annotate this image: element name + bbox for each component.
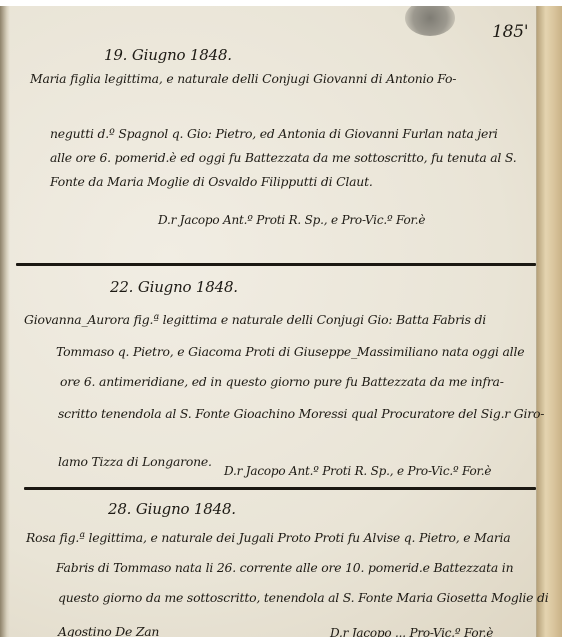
entry-divider	[24, 487, 536, 490]
entry-line: alle ore 6. pomerid.è ed oggi fu Battezz…	[50, 150, 517, 165]
entry-signature: D.r Jacopo Ant.º Proti R. Sp., e Pro-Vic…	[158, 213, 425, 227]
entry-signature: D.r Jacopo Ant.º Proti R. Sp., e Pro-Vic…	[224, 464, 491, 478]
entry-line: lamo Tizza di Longarone.	[58, 454, 212, 469]
page-fold-edge	[537, 6, 562, 637]
entry-date: 19. Giugno 1848.	[104, 46, 232, 64]
entry-line: Agostino De Zan	[58, 624, 159, 637]
entry-line: Tommaso q. Pietro, e Giacoma Proti di Gi…	[56, 344, 524, 359]
entry-line: ore 6. antimeridiane, ed in questo giorn…	[60, 374, 504, 389]
entry-line: Fabris di Tommaso nata li 26. corrente a…	[56, 560, 513, 575]
entry-line: scritto tenendola al S. Fonte Gioachino …	[58, 406, 544, 421]
entry-line: Rosa fig.ª legittima, e naturale dei Jug…	[26, 530, 511, 545]
entry-line: Giovanna_Aurora fig.ª legittima e natura…	[24, 312, 486, 327]
entry-date: 28. Giugno 1848.	[108, 500, 236, 518]
entry-line: negutti d.º Spagnol q. Gio: Pietro, ed A…	[50, 126, 498, 141]
entry-date: 22. Giugno 1848.	[110, 278, 238, 296]
binding-shadow	[0, 6, 10, 637]
entry-signature-partial: D.r Jacopo ... Pro-Vic.º For.è	[330, 626, 493, 637]
register-page: 185' 19. Giugno 1848. Maria figlia legit…	[0, 6, 562, 637]
entry-divider	[16, 263, 536, 266]
ink-stain	[405, 6, 455, 36]
entry-line: Maria figlia legittima, e naturale delli…	[30, 71, 456, 86]
page-number: 185'	[492, 22, 528, 42]
entry-line: Fonte da Maria Moglie di Osvaldo Filippu…	[50, 174, 373, 189]
entry-line: questo giorno da me sottoscritto, tenend…	[58, 590, 549, 605]
